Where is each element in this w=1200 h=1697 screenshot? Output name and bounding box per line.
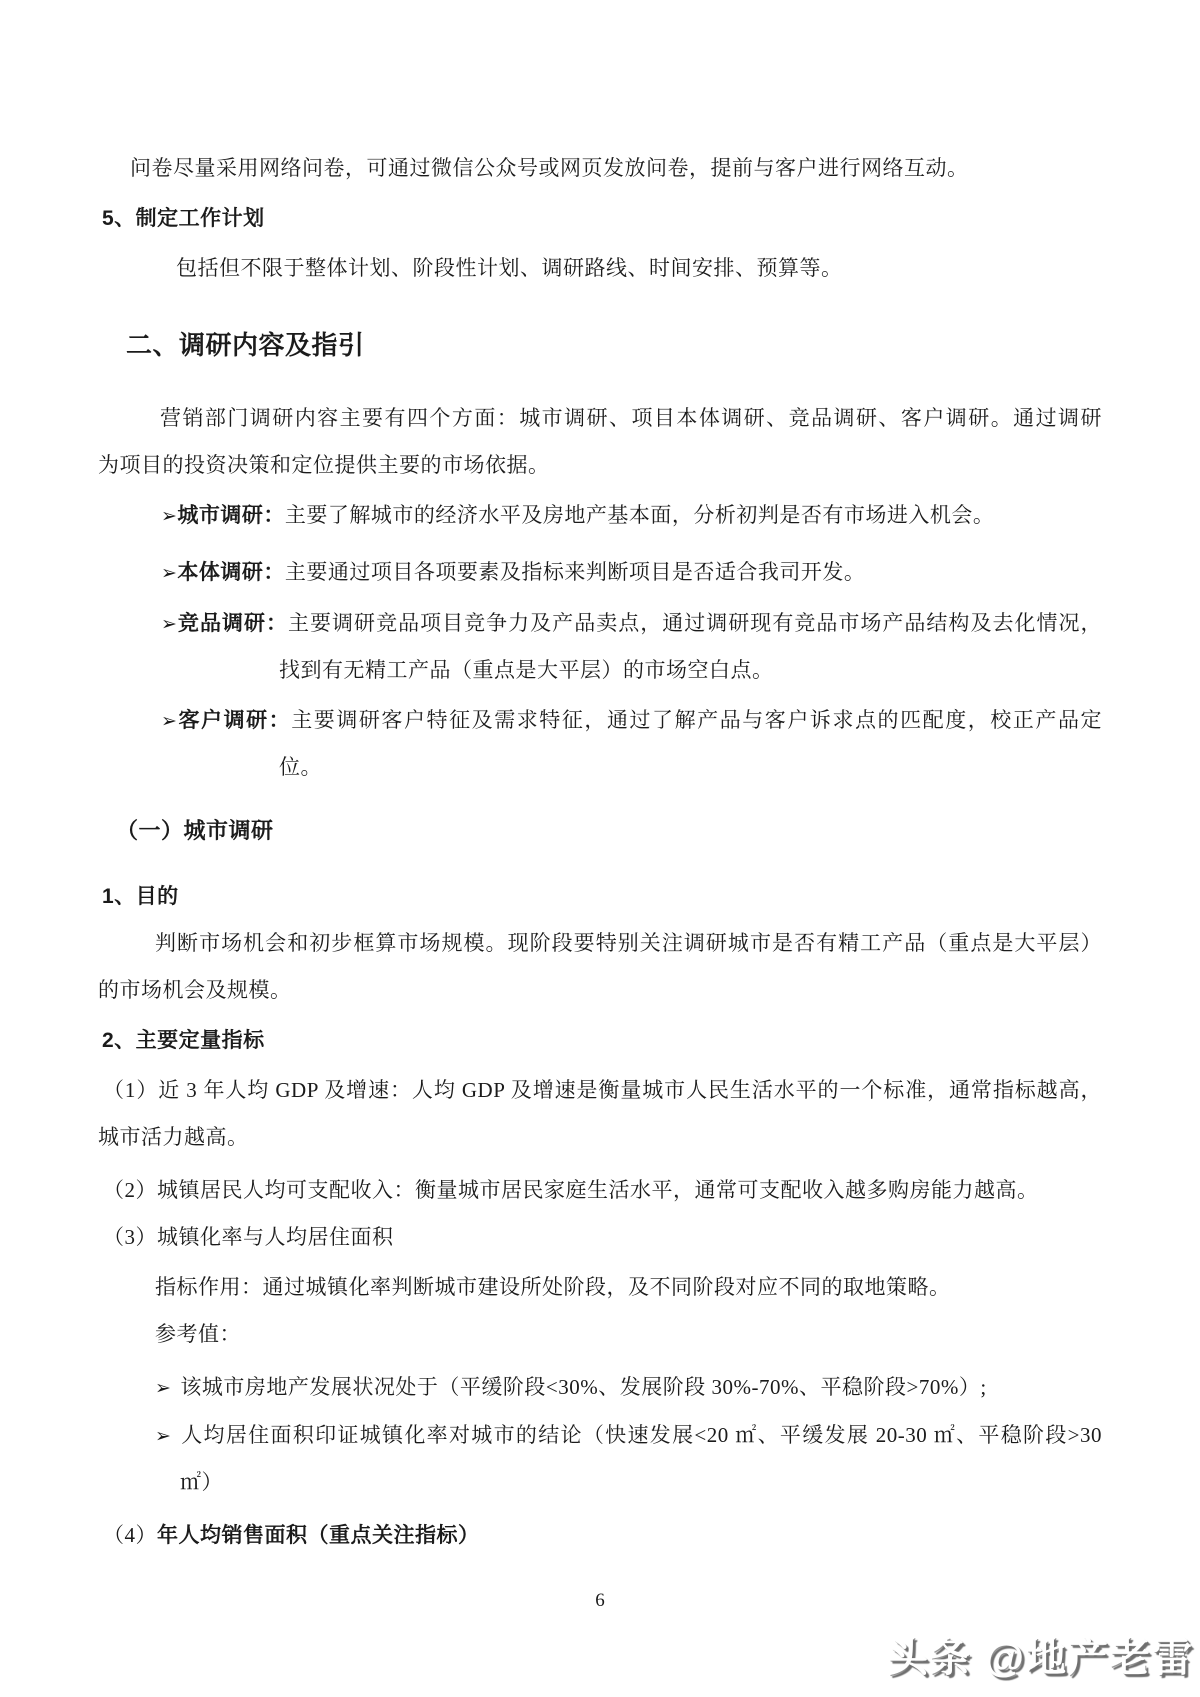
arrow-bullet-icon: ➢ xyxy=(155,1426,171,1447)
bullet-text-continued: 位。 xyxy=(98,744,1102,791)
research-bullet-competitor: ➢竞品调研：主要调研竞品项目竞争力及产品卖点，通过调研现有竞品市场产品结构及去化… xyxy=(98,600,1102,694)
bullet-label: 竞品调研： xyxy=(177,612,288,635)
item-number: （4） xyxy=(103,1523,157,1547)
document-content: 问卷尽量采用网络问卷，可通过微信公众号或网页发放问卷，提前与客户进行网络互动。 … xyxy=(98,145,1102,1624)
heading-section2-research-content: 二、调研内容及指引 xyxy=(98,319,1102,371)
bullet-text: 主要调研客户特征及需求特征，通过了解产品与客户诉求点的匹配度，校正产品定 xyxy=(291,708,1102,732)
arrow-bullet-icon: ➢ xyxy=(161,563,177,584)
reference-bullet-development-stage: ➢该城市房地产发展状况处于（平缓阶段<30%、发展阶段 30%-70%、平稳阶段… xyxy=(98,1364,1102,1412)
paragraph-purpose-line2: 的市场机会及规模。 xyxy=(98,967,1102,1014)
arrow-bullet-icon: ➢ xyxy=(161,614,177,635)
bullet-text: 人均居住面积印证城镇化率对城市的结论（快速发展<20 ㎡、平缓发展 20-30 … xyxy=(180,1423,1102,1447)
page-number: 6 xyxy=(98,1577,1102,1624)
arrow-bullet-icon: ➢ xyxy=(161,506,177,527)
paragraph-intro-line1: 营销部门调研内容主要有四个方面：城市调研、项目本体调研、竞品调研、客户调研。通过… xyxy=(98,395,1102,442)
heading-quantitative-metrics: 2、主要定量指标 xyxy=(98,1017,1102,1064)
sales-area-bold-text: 年人均销售面积（重点关注指标） xyxy=(157,1524,480,1547)
research-bullet-project: ➢本体调研：主要通过项目各项要素及指标来判断项目是否适合我司开发。 xyxy=(98,549,1102,597)
arrow-bullet-icon: ➢ xyxy=(161,711,177,732)
heading-city-research: （一）城市调研 xyxy=(98,807,1102,854)
paragraph-urbanization-rate: （3）城镇化率与人均居住面积 xyxy=(98,1214,1102,1261)
paragraph-indicator-role: 指标作用：通过城镇化率判断城市建设所处阶段，及不同阶段对应不同的取地策略。 xyxy=(98,1264,1102,1311)
bullet-text: 主要了解城市的经济水平及房地产基本面，分析初判是否有市场进入机会。 xyxy=(285,503,995,527)
paragraph-disposable-income: （2）城镇居民人均可支配收入：衡量城市居民家庭生活水平，通常可支配收入越多购房能… xyxy=(98,1167,1102,1214)
bullet-text: 主要调研竞品项目竞争力及产品卖点，通过调研现有竞品市场产品结构及去化情况， xyxy=(288,611,1102,635)
research-bullet-customer: ➢客户调研：主要调研客户特征及需求特征，通过了解产品与客户诉求点的匹配度，校正产… xyxy=(98,697,1102,791)
heading-make-work-plan: 5、制定工作计划 xyxy=(98,195,1102,242)
bullet-text-continued: 找到有无精工产品（重点是大平层）的市场空白点。 xyxy=(98,647,1102,694)
research-bullet-city: ➢城市调研：主要了解城市的经济水平及房地产基本面，分析初判是否有市场进入机会。 xyxy=(98,492,1102,540)
arrow-bullet-icon: ➢ xyxy=(155,1378,171,1399)
paragraph-questionnaire: 问卷尽量采用网络问卷，可通过微信公众号或网页发放问卷，提前与客户进行网络互动。 xyxy=(98,145,1102,192)
paragraph-gdp-line2: 城市活力越高。 xyxy=(98,1114,1102,1161)
paragraph-purpose-line1: 判断市场机会和初步框算市场规模。现阶段要特别关注调研城市是否有精工产品（重点是大… xyxy=(98,920,1102,967)
paragraph-plan-scope: 包括但不限于整体计划、阶段性计划、调研路线、时间安排、预算等。 xyxy=(98,245,1102,292)
paragraph-reference-value: 参考值： xyxy=(98,1311,1102,1358)
bullet-text-continued: ㎡） xyxy=(98,1459,1102,1506)
bullet-label: 本体调研： xyxy=(177,561,285,584)
reference-bullet-living-area: ➢人均居住面积印证城镇化率对城市的结论（快速发展<20 ㎡、平缓发展 20-30… xyxy=(98,1412,1102,1506)
paragraph-gdp-line1: （1）近 3 年人均 GDP 及增速：人均 GDP 及增速是衡量城市人民生活水平… xyxy=(98,1067,1102,1114)
bullet-label: 城市调研： xyxy=(177,504,285,527)
heading-purpose: 1、目的 xyxy=(98,873,1102,920)
paragraph-intro-line2: 为项目的投资决策和定位提供主要的市场依据。 xyxy=(98,442,1102,489)
bullet-text: 该城市房地产发展状况处于（平缓阶段<30%、发展阶段 30%-70%、平稳阶段>… xyxy=(180,1375,986,1399)
bullet-label: 客户调研： xyxy=(177,709,291,732)
watermark: 头条 @地产老雷 xyxy=(888,1626,1194,1683)
paragraph-sales-area: （4）年人均销售面积（重点关注指标） xyxy=(98,1512,1102,1559)
bullet-text: 主要通过项目各项要素及指标来判断项目是否适合我司开发。 xyxy=(285,560,866,584)
document-page: 问卷尽量采用网络问卷，可通过微信公众号或网页发放问卷，提前与客户进行网络互动。 … xyxy=(0,0,1200,1697)
